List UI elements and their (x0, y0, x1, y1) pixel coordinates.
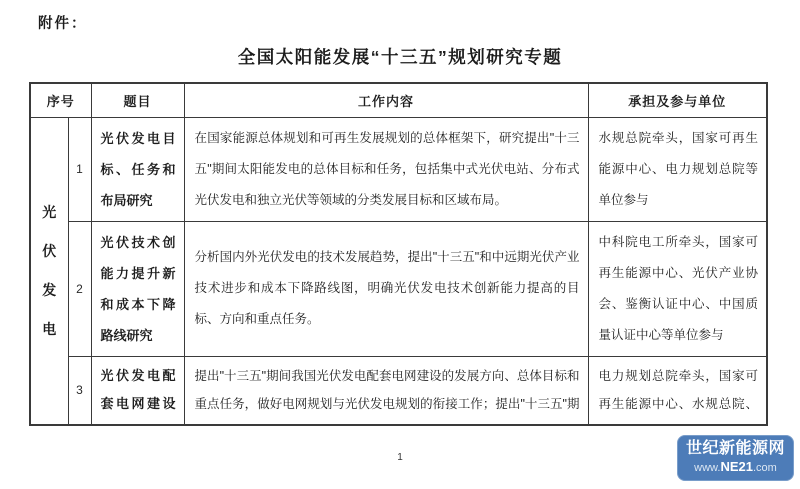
header-content: 工作内容 (184, 83, 588, 117)
document-page: 附件： 全国太阳能发展“十三五”规划研究专题 序号 题目 工作内容 承担及参与单… (0, 0, 800, 489)
row3-units: 电力规划总院牵头，国家可再生能源中心、水规总院、中国 (588, 356, 767, 425)
url-com: .com (753, 462, 777, 474)
ne21-watermark-badge: 世纪新能源网 www.NE21.com (677, 435, 794, 481)
watermark-site-url: www.NE21.com (677, 459, 794, 476)
header-units: 承担及参与单位 (588, 83, 767, 117)
row2-topic: 光伏技术创能力提升新和成本下降路线研究 (91, 221, 184, 356)
row2-units: 中科院电工所牵头，国家可再生能源中心、光伏产业协会、鉴衡认证中心、中国质量认证中… (588, 221, 767, 356)
table-row: 光伏发电 1 光伏发电目标、任务和布局研究 在国家能源总体规划和可再生发展规划的… (30, 117, 767, 221)
row2-content: 分析国内外光伏发电的技术发展趋势，提出"十三五"和中远期光伏产业技术进步和成本下… (184, 221, 588, 356)
attachment-label: 附件： (38, 12, 88, 33)
table-row: 3 光伏发电配套电网建设及智 提出"十三五"期间我国光伏发电配套电网建设的发展方… (30, 356, 767, 425)
research-topics-table: 序号 题目 工作内容 承担及参与单位 光伏发电 1 光伏发电目标、任务和布局研究… (29, 82, 768, 426)
row2-index: 2 (68, 221, 91, 356)
group-cell-pv-power: 光伏发电 (30, 117, 68, 425)
row3-content-text: 提出"十三五"期间我国光伏发电配套电网建设的发展方向、总体目标和重点任务，做好电… (195, 362, 580, 419)
row3-index: 3 (68, 356, 91, 425)
row1-units: 水规总院牵头，国家可再生能源中心、电力规划总院等单位参与 (588, 117, 767, 221)
row3-topic-text: 光伏发电配套电网建设及智 (101, 362, 176, 419)
document-title: 全国太阳能发展“十三五”规划研究专题 (0, 44, 800, 69)
row3-content: 提出"十三五"期间我国光伏发电配套电网建设的发展方向、总体目标和重点任务，做好电… (184, 356, 588, 425)
header-topic: 题目 (91, 83, 184, 117)
group-label: 光伏发电 (40, 193, 58, 349)
table-header-row: 序号 题目 工作内容 承担及参与单位 (30, 83, 767, 117)
table-row: 2 光伏技术创能力提升新和成本下降路线研究 分析国内外光伏发电的技术发展趋势，提… (30, 221, 767, 356)
url-www: www. (694, 462, 720, 474)
row3-topic: 光伏发电配套电网建设及智 (91, 356, 184, 425)
row1-index: 1 (68, 117, 91, 221)
row1-topic: 光伏发电目标、任务和布局研究 (91, 117, 184, 221)
row1-content: 在国家能源总体规划和可再生发展规划的总体框架下，研究提出"十三五"期间太阳能发电… (184, 117, 588, 221)
url-ne21: NE21 (720, 459, 753, 474)
header-index: 序号 (30, 83, 91, 117)
row3-units-text: 电力规划总院牵头，国家可再生能源中心、水规总院、中国 (599, 362, 759, 419)
watermark-site-name: 世纪新能源网 (677, 439, 794, 459)
